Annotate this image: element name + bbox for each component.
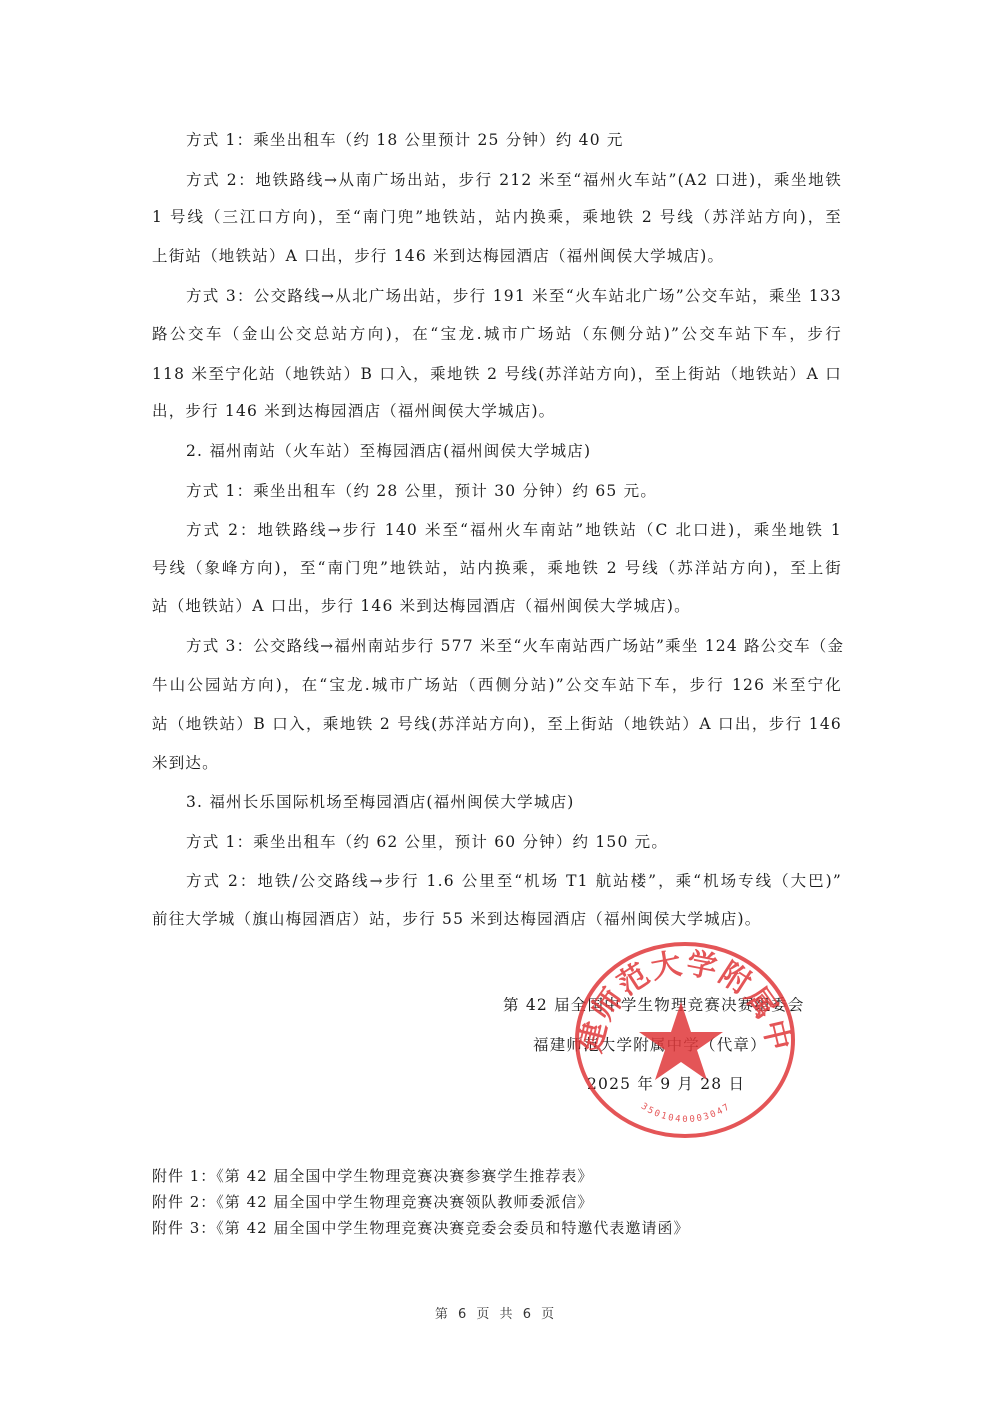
paragraph-line: 方式 1：乘坐出租车（约 18 公里预计 25 分钟）约 40 元 — [186, 130, 842, 150]
organizer-name: 第 42 届全国中学生物理竞赛决赛组委会 — [503, 995, 805, 1015]
paragraph-line: 118 米至宁化站（地铁站）B 口入，乘地铁 2 号线(苏洋站方向)，至上街站（… — [152, 364, 842, 384]
page-number-footer: 第 6 页 共 6 页 — [0, 1303, 992, 1322]
paragraph-line: 方式 1：乘坐出租车（约 28 公里，预计 30 分钟）约 65 元。 — [186, 481, 842, 501]
paragraph-line: 路公交车（金山公交总站方向)，在“宝龙.城市广场站（东侧分站)”公交车站下车，步… — [152, 324, 842, 344]
paragraph-line: 方式 2：地铁/公交路线→步行 1.6 公里至“机场 T1 航站楼”，乘“机场专… — [186, 871, 842, 891]
paragraph-line: 牛山公园站方向)，在“宝龙.城市广场站（西侧分站)”公交车站下车，步行 126 … — [152, 675, 842, 695]
paragraph-line: 方式 3：公交路线→从北广场出站，步行 191 米至“火车站北广场”公交车站，乘… — [186, 286, 842, 306]
paragraph-line: 米到达。 — [152, 753, 842, 773]
paragraph-line: 号线（象峰方向)，至“南门兜”地铁站，站内换乘，乘地铁 2 号线（苏洋站方向)，… — [152, 558, 842, 578]
paragraph-line: 站（地铁站）A 口出，步行 146 米到达梅园酒店（福州闽侯大学城店)。 — [152, 596, 842, 616]
paragraph-line: 前往大学城（旗山梅园酒店）站，步行 55 米到达梅园酒店（福州闽侯大学城店)。 — [152, 909, 842, 929]
paragraph-line: 出，步行 146 米到达梅园酒店（福州闽侯大学城店)。 — [152, 401, 842, 421]
paragraph-line: 方式 1：乘坐出租车（约 62 公里，预计 60 分钟）约 150 元。 — [186, 832, 842, 852]
school-name: 福建师范大学附属中学（代章） — [533, 1035, 767, 1055]
paragraph-line: 方式 2：地铁路线→从南广场出站，步行 212 米至“福州火车站”(A2 口进)… — [186, 170, 842, 190]
attachment-item: 附件 2：《第 42 届全国中学生物理竞赛决赛领队教师委派信》 — [152, 1192, 593, 1212]
document-page: 方式 1：乘坐出租车（约 18 公里预计 25 分钟）约 40 元 方式 2：地… — [0, 0, 992, 1403]
paragraph-line: 上街站（地铁站）A 口出，步行 146 米到达梅园酒店（福州闽侯大学城店)。 — [152, 246, 842, 266]
signature-date: 2025 年 9 月 28 日 — [587, 1074, 745, 1094]
svg-text:3501040003047: 3501040003047 — [639, 1102, 733, 1125]
paragraph-line: 站（地铁站）B 口入，乘地铁 2 号线(苏洋站方向)，至上街站（地铁站）A 口出… — [152, 714, 842, 734]
paragraph-line: 方式 3：公交路线→福州南站步行 577 米至“火车南站西广场站”乘坐 124 … — [186, 636, 842, 656]
section-heading: 2. 福州南站（火车站）至梅园酒店(福州闽侯大学城店) — [186, 441, 842, 461]
attachment-item: 附件 3：《第 42 届全国中学生物理竞赛决赛竞委会委员和特邀代表邀请函》 — [152, 1218, 689, 1238]
paragraph-line: 1 号线（三江口方向)，至“南门兜”地铁站，站内换乘，乘地铁 2 号线（苏洋站方… — [152, 207, 842, 227]
attachment-item: 附件 1：《第 42 届全国中学生物理竞赛决赛参赛学生推荐表》 — [152, 1166, 593, 1186]
section-heading: 3. 福州长乐国际机场至梅园酒店(福州闽侯大学城店) — [186, 792, 842, 812]
paragraph-line: 方式 2：地铁路线→步行 140 米至“福州火车南站”地铁站（C 北口进)，乘坐… — [186, 520, 842, 540]
